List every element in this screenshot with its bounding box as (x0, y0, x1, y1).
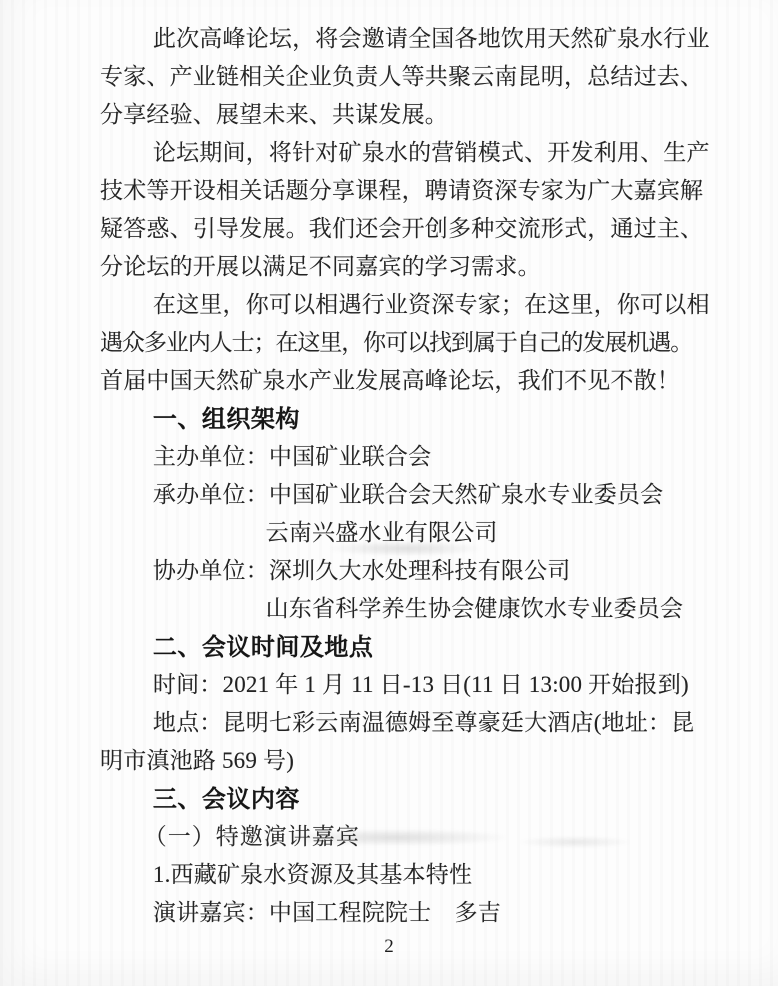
text-line: 时间：2021 年 1 月 11 日-13 日(11 日 13:00 开始报到) (100, 666, 692, 704)
text-line: 疑答惑、引导发展。我们还会开创多种交流形式，通过主、 (100, 210, 692, 248)
section-heading: 一、组织架构 (100, 400, 692, 438)
text-line: 协办单位：深圳久大水处理科技有限公司 (100, 552, 692, 590)
text-line: 山东省科学养生协会健康饮水专业委员会 (100, 590, 692, 628)
text-line: 首届中国天然矿泉水产业发展高峰论坛，我们不见不散！ (100, 362, 692, 400)
text-line: 演讲嘉宾：中国工程院院士 多吉 (100, 894, 692, 932)
document-page: 此次高峰论坛，将会邀请全国各地饮用天然矿泉水行业专家、产业链相关企业负责人等共聚… (0, 0, 778, 986)
section-heading: 二、会议时间及地点 (100, 628, 692, 666)
text-line: 1.西藏矿泉水资源及其基本特性 (100, 856, 692, 894)
section-heading: 三、会议内容 (100, 780, 692, 818)
text-line: 分论坛的开展以满足不同嘉宾的学习需求。 (100, 248, 692, 286)
page-number: 2 (0, 933, 778, 961)
text-line: 专家、产业链相关企业负责人等共聚云南昆明，总结过去、 (100, 58, 692, 96)
document-text-block: 此次高峰论坛，将会邀请全国各地饮用天然矿泉水行业专家、产业链相关企业负责人等共聚… (100, 0, 692, 986)
text-line: 遇众多业内人士；在这里，你可以找到属于自己的发展机遇。 (100, 324, 692, 362)
text-line: 地点：昆明七彩云南温德姆至尊豪廷大酒店(地址：昆 (100, 704, 692, 742)
text-line: 论坛期间，将针对矿泉水的营销模式、开发利用、生产 (100, 134, 692, 172)
text-line: 明市滇池路 569 号) (100, 742, 692, 780)
text-line: 承办单位：中国矿业联合会天然矿泉水专业委员会 (100, 476, 692, 514)
text-line: 此次高峰论坛，将会邀请全国各地饮用天然矿泉水行业 (100, 20, 692, 58)
text-line: 在这里，你可以相遇行业资深专家；在这里，你可以相 (100, 286, 692, 324)
text-line: 技术等开设相关话题分享课程，聘请资深专家为广大嘉宾解 (100, 172, 692, 210)
text-line: 主办单位：中国矿业联合会 (100, 438, 692, 476)
text-line: 分享经验、展望未来、共谋发展。 (100, 96, 692, 134)
subsection-heading: （一）特邀演讲嘉宾 (100, 818, 692, 856)
text-line: 云南兴盛水业有限公司 (100, 514, 692, 552)
